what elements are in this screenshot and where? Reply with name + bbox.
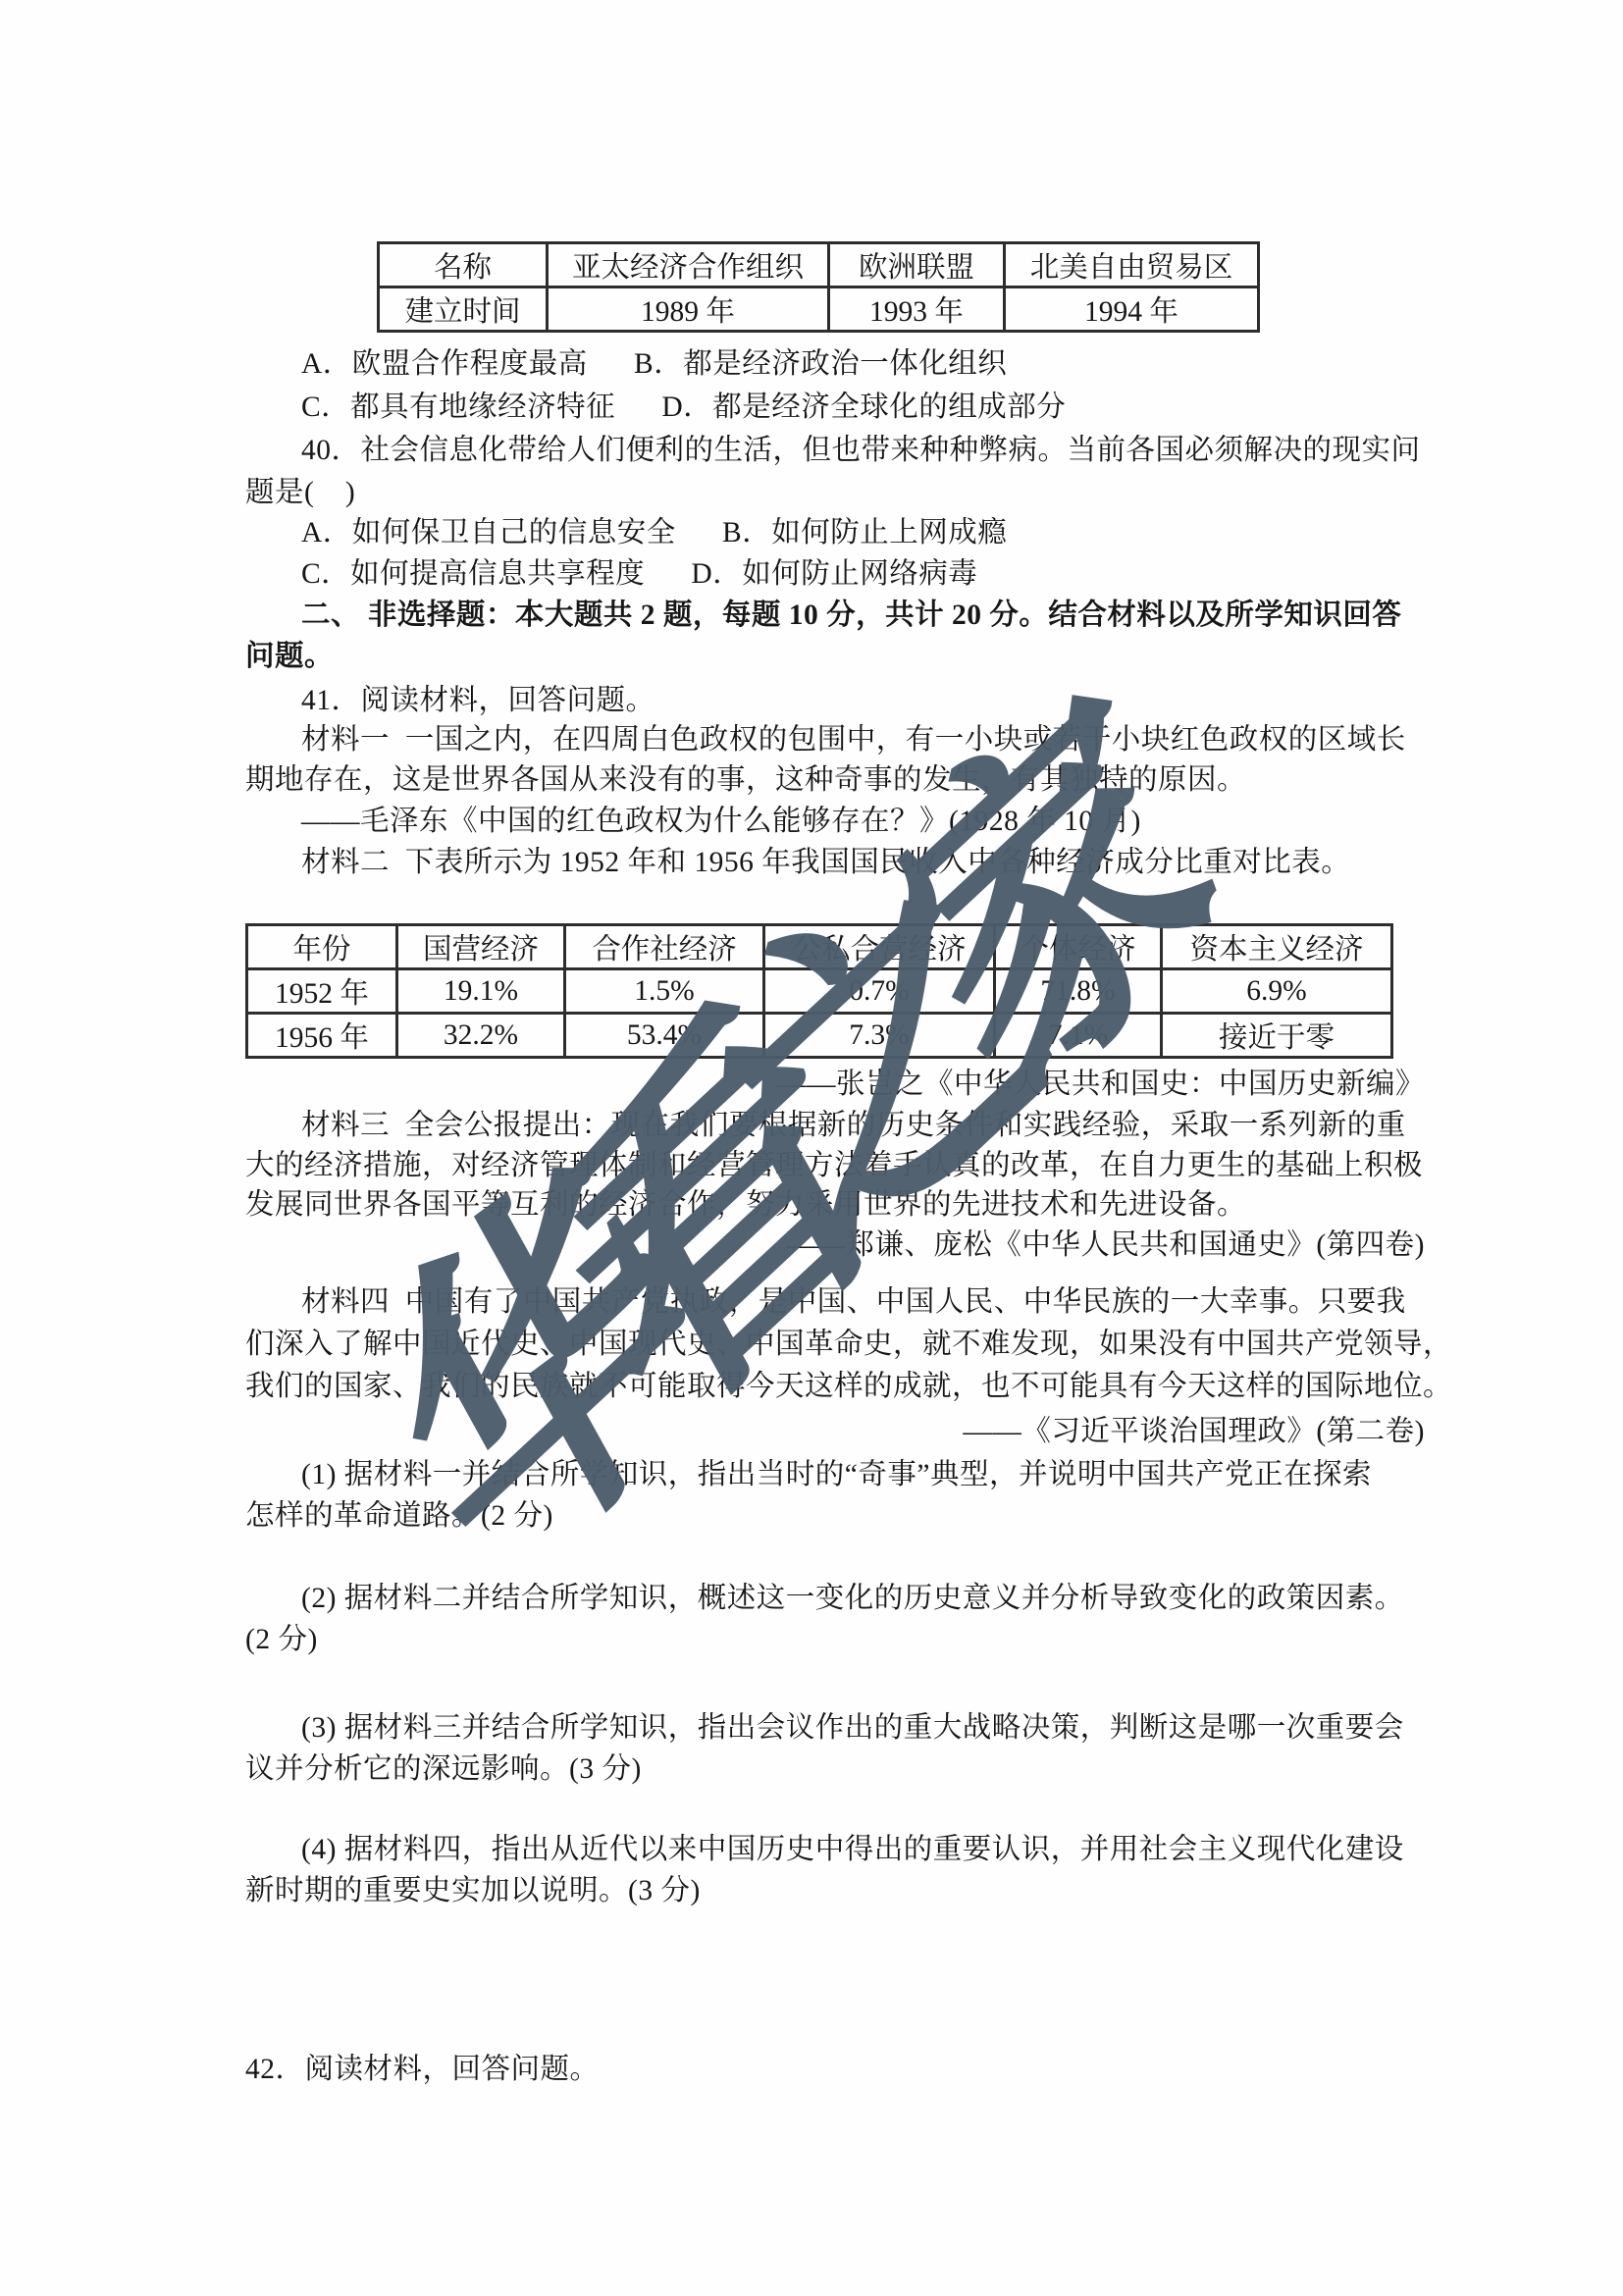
subquestion2-line2: (2 分) bbox=[245, 1621, 318, 1658]
table-cell: 亚太经济合作组织 bbox=[548, 243, 829, 287]
subquestion2-line1: (2) 据材料二并结合所学知识，概述这一变化的历史意义并分析导致变化的政策因素。 bbox=[301, 1580, 1404, 1617]
q40-options-ab: A．如何保卫自己的信息安全 B．如何防止上网成瘾 bbox=[301, 514, 1007, 551]
table-cell: 1989 年 bbox=[548, 287, 829, 332]
exam-page: 名称 亚太经济合作组织 欧洲联盟 北美自由贸易区 建立时间 1989 年 199… bbox=[0, 0, 1623, 2296]
table-cell: 北美自由贸易区 bbox=[1005, 243, 1259, 287]
table-cell: 欧洲联盟 bbox=[829, 243, 1005, 287]
q41-title: 41．阅读材料，回答问题。 bbox=[301, 682, 655, 719]
table-cell: 19.1% bbox=[397, 969, 565, 1014]
subquestion3-line1: (3) 据材料三并结合所学知识，指出会议作出的重大战略决策，判断这是哪一次重要会 bbox=[301, 1709, 1404, 1747]
q40-stem-line1: 40．社会信息化带给人们便利的生活，但也带来种种弊病。当前各国必须解决的现实问 bbox=[301, 432, 1421, 469]
table-cell: 年份 bbox=[247, 925, 397, 969]
table-cell: 建立时间 bbox=[379, 287, 548, 332]
table-cell: 1952 年 bbox=[247, 969, 397, 1014]
q40-options-cd: C．如何提高信息共享程度 D．如何防止网络病毒 bbox=[301, 555, 977, 593]
table-cell: 名称 bbox=[379, 243, 548, 287]
subquestion4-line2: 新时期的重要史实加以说明。(3 分) bbox=[245, 1872, 701, 1909]
table-row: 建立时间 1989 年 1993 年 1994 年 bbox=[379, 287, 1259, 332]
section2-heading-line1: 二、 非选择题：本大题共 2 题，每题 10 分，共计 20 分。结合材料以及所… bbox=[301, 597, 1401, 634]
q42-title: 42．阅读材料，回答问题。 bbox=[245, 2051, 600, 2088]
q39-options-ab: A．欧盟合作程度最高 B．都是经济政治一体化组织 bbox=[301, 345, 1007, 383]
q39-options-cd: C．都具有地缘经济特征 D．都是经济全球化的组成部分 bbox=[301, 389, 1066, 426]
q40-stem-line2: 题是( ) bbox=[245, 474, 355, 511]
table-cell: 1993 年 bbox=[829, 287, 1005, 332]
table-cell: 国营经济 bbox=[397, 925, 565, 969]
table-cell: 1994 年 bbox=[1005, 287, 1259, 332]
table-row: 名称 亚太经济合作组织 欧洲联盟 北美自由贸易区 bbox=[379, 243, 1259, 287]
subquestion4-line1: (4) 据材料四，指出从近代以来中国历史中得出的重要认识，并用社会主义现代化建设 bbox=[301, 1831, 1404, 1868]
section2-heading-line2: 问题。 bbox=[245, 638, 334, 675]
subquestion3-line2: 议并分析它的深远影响。(3 分) bbox=[245, 1750, 642, 1788]
table-cell: 1956 年 bbox=[247, 1014, 397, 1058]
org-comparison-table: 名称 亚太经济合作组织 欧洲联盟 北美自由贸易区 建立时间 1989 年 199… bbox=[377, 241, 1260, 333]
